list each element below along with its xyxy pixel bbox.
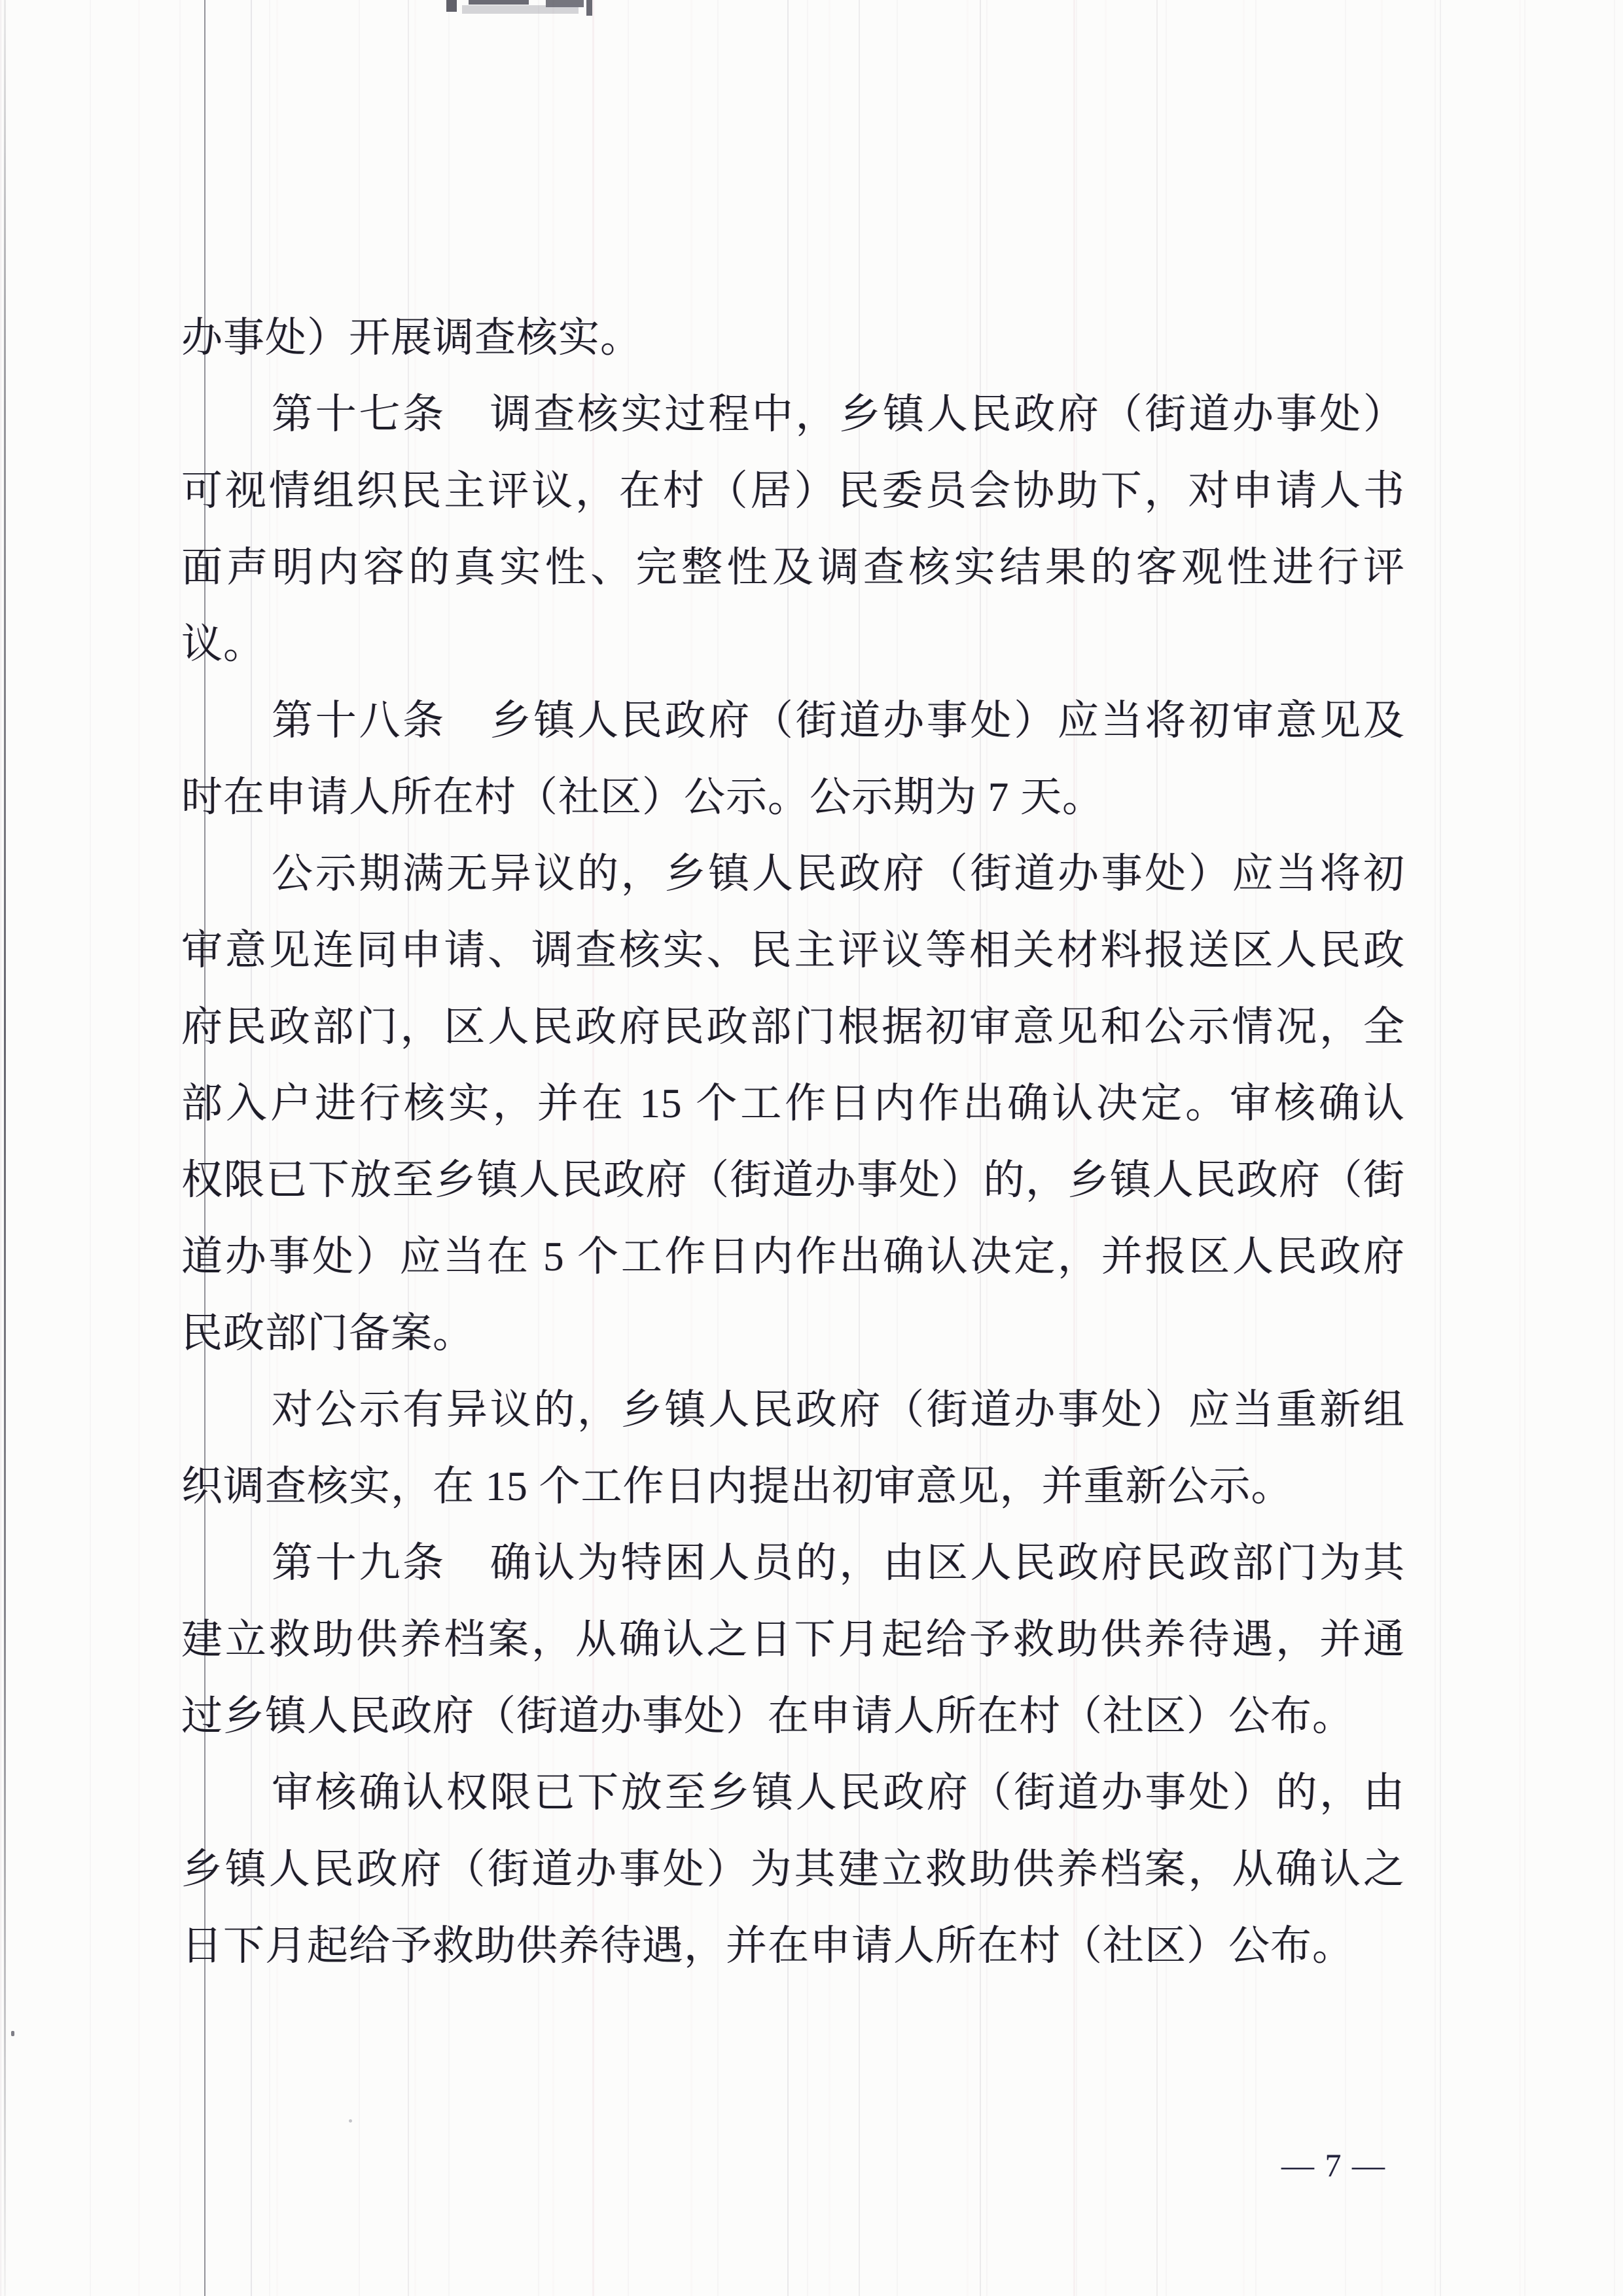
- text-line: 建立救助供养档案，从确认之日下月起给予救助供养待遇，并通: [181, 1602, 1405, 1678]
- text-line: 权限已下放至乡镇人民政府（街道办事处）的，乡镇人民政府（街: [181, 1142, 1405, 1219]
- text-line-article-19: 第十九条 确认为特困人员的，由区人民政府民政部门为其: [181, 1525, 1405, 1602]
- text-line: 议。: [181, 606, 1405, 683]
- scan-artifact-top-debris: [462, 5, 579, 14]
- text-line: 道办事处）应当在 5 个工作日内作出确认决定，并报区人民政府: [181, 1219, 1405, 1295]
- text-line: 审核确认权限已下放至乡镇人民政府（街道办事处）的，由: [181, 1755, 1405, 1831]
- scan-artifact-stripe: [1440, 0, 1441, 2296]
- text-line: 过乡镇人民政府（街道办事处）在申请人所在村（社区）公布。: [181, 1678, 1405, 1755]
- text-line: 织调查核实，在 15 个工作日内提出初审意见，并重新公示。: [181, 1448, 1405, 1525]
- text-line-article-17: 第十七条 调查核实过程中，乡镇人民政府（街道办事处）: [181, 376, 1405, 453]
- scan-artifact-speck: [349, 2119, 352, 2123]
- text-line: 时在申请人所在村（社区）公示。公示期为 7 天。: [181, 759, 1405, 836]
- page-number: — 7 —: [1281, 2145, 1438, 2185]
- text-line: 部入户进行核实，并在 15 个工作日内作出确认决定。审核确认: [181, 1066, 1405, 1142]
- scan-artifact-top-debris: [469, 0, 529, 5]
- scan-artifact-speck: [11, 2031, 14, 2036]
- text-line: 日下月起给予救助供养待遇，并在申请人所在村（社区）公布。: [181, 1908, 1405, 1984]
- text-line: 面声明内容的真实性、完整性及调查核实结果的客观性进行评: [181, 529, 1405, 606]
- text-line: 乡镇人民政府（街道办事处）为其建立救助供养档案，从确认之: [181, 1831, 1405, 1908]
- document-body: 办事处）开展调查核实。 第十七条 调查核实过程中，乡镇人民政府（街道办事处） 可…: [181, 300, 1405, 1984]
- text-line: 公示期满无异议的，乡镇人民政府（街道办事处）应当将初: [181, 836, 1405, 912]
- document-page: 办事处）开展调查核实。 第十七条 调查核实过程中，乡镇人民政府（街道办事处） 可…: [0, 0, 1623, 2296]
- scan-artifact-left-edge-line: [4, 0, 6, 2296]
- text-line-article-18: 第十八条 乡镇人民政府（街道办事处）应当将初审意见及: [181, 683, 1405, 759]
- scan-artifact-top-debris: [446, 0, 457, 12]
- scan-artifact-top-debris: [546, 0, 584, 7]
- scan-artifact-top-debris: [586, 0, 592, 16]
- text-line: 办事处）开展调查核实。: [181, 300, 1405, 376]
- text-line: 审意见连同申请、调查核实、民主评议等相关材料报送区人民政: [181, 912, 1405, 989]
- text-line: 对公示有异议的，乡镇人民政府（街道办事处）应当重新组: [181, 1372, 1405, 1448]
- text-line: 民政部门备案。: [181, 1295, 1405, 1372]
- text-line: 可视情组织民主评议，在村（居）民委员会协助下，对申请人书: [181, 453, 1405, 529]
- text-line: 府民政部门，区人民政府民政部门根据初审意见和公示情况，全: [181, 989, 1405, 1066]
